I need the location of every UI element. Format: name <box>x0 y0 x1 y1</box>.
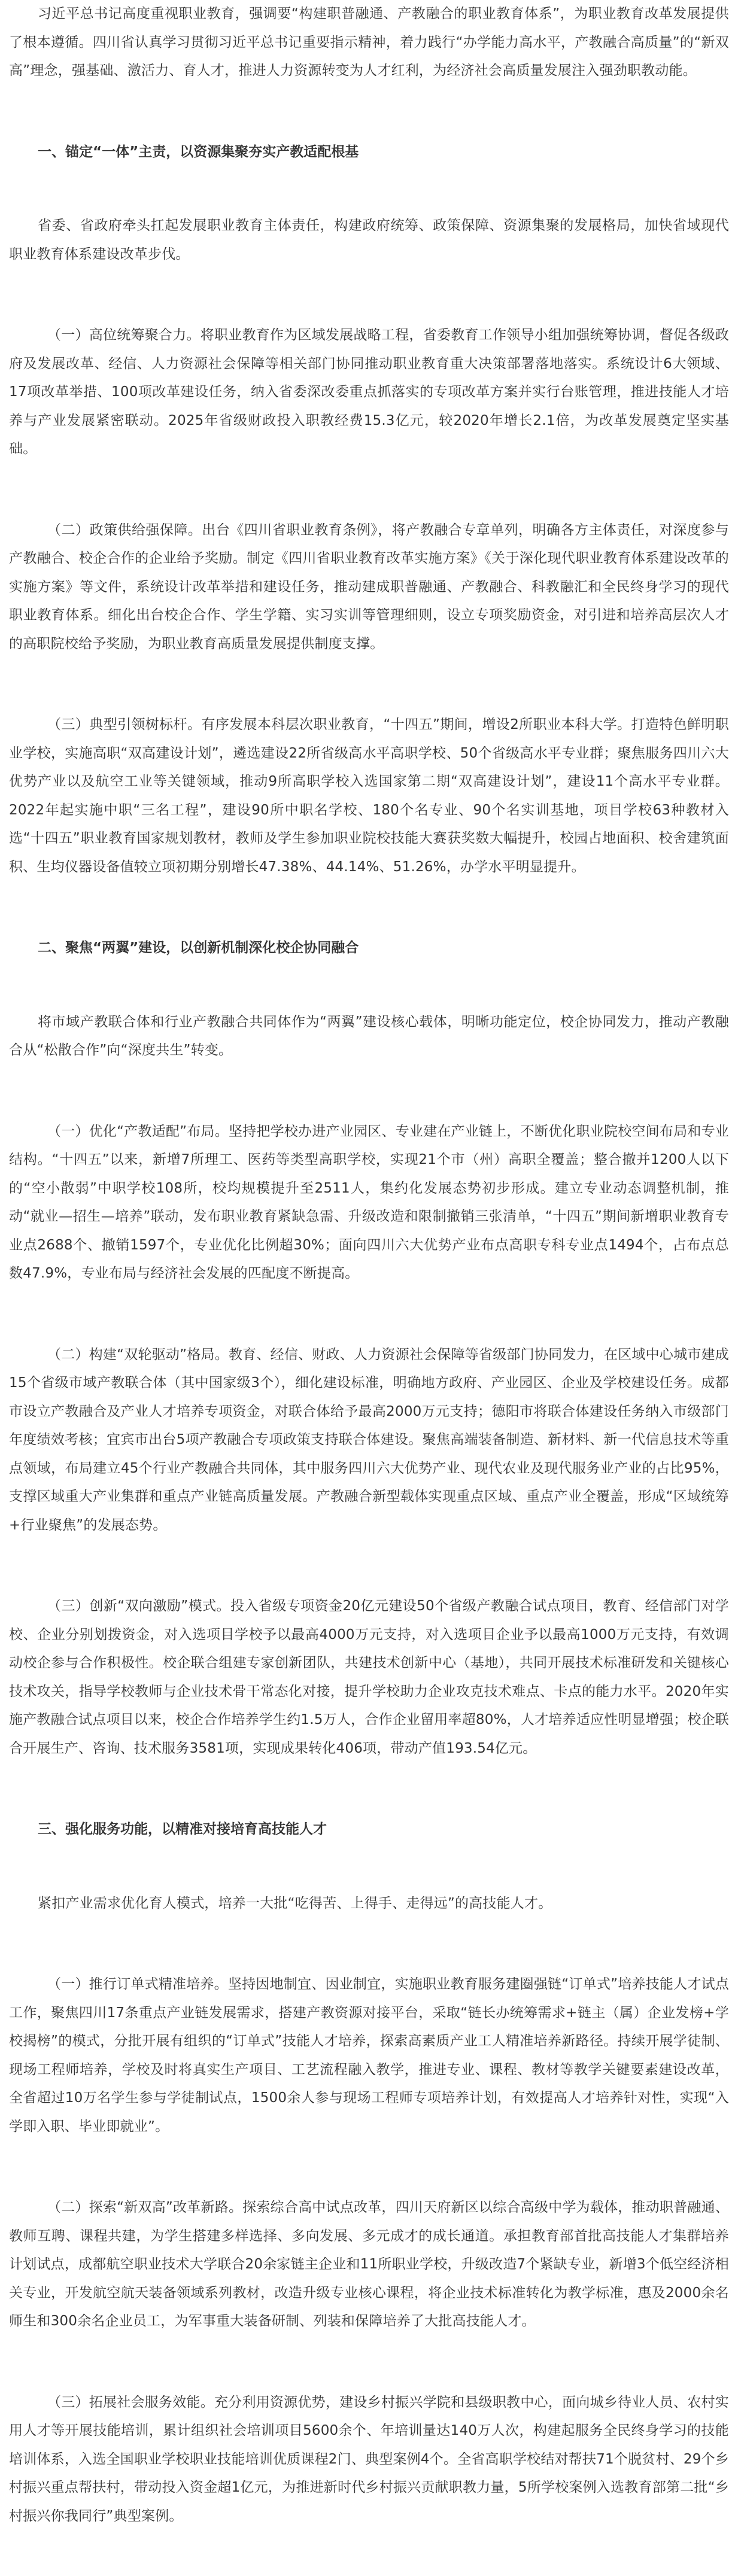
section-heading: 一、锚定“一体”主责，以资源集聚夯实产教适配根基 <box>9 138 729 167</box>
spacer <box>9 2141 729 2194</box>
section-item: （一）高位统筹聚合力。将职业教育作为区域发展战略工程，省委教育工作领导小组加强统… <box>9 321 729 464</box>
spacer <box>9 963 729 1008</box>
section-heading: 二、聚焦“两翼”建设，以创新机制深化校企协同融合 <box>9 934 729 963</box>
spacer <box>9 1288 729 1341</box>
spacer <box>9 1065 729 1118</box>
section-item: （二）政策供给强保障。出台《四川省职业教育条例》，将产教融合专章单列，明确各方主… <box>9 516 729 659</box>
section-3: 三、强化服务功能，以精准对接培育高技能人才 紧扣产业需求优化育人模式，培养一大批… <box>9 1815 729 2531</box>
section-1: 一、锚定“一体”主责，以资源集聚夯实产教适配根基 省委、省政府牵头扛起发展职业教… <box>9 138 729 882</box>
spacer <box>9 1918 729 1970</box>
spacer <box>9 166 729 212</box>
spacer <box>9 658 729 711</box>
spacer <box>9 1763 729 1815</box>
section-item: （一）推行订单式精准培养。坚持因地制宜、因业制宜，实施职业教育服务建圈强链“订单… <box>9 1970 729 2141</box>
section-item: （三）典型引领树标杆。有序发展本科层次职业教育，“十四五”期间，增设2所职业本科… <box>9 711 729 881</box>
spacer <box>9 269 729 321</box>
spacer <box>9 2531 729 2576</box>
section-2: 二、聚焦“两翼”建设，以创新机制深化校企协同融合 将市域产教联合体和行业产教融合… <box>9 934 729 1763</box>
section-item: （三）创新“双向激励”模式。投入省级专项资金20亿元建设50个省级产教融合试点项… <box>9 1592 729 1763</box>
section-item: （二）探索“新双高”改革新路。探索综合高中试点改革，四川天府新区以综合高级中学为… <box>9 2194 729 2336</box>
article-body: 习近平总书记高度重视职业教育，强调要“构建职普融通、产教融合的职业教育体系”，为… <box>0 0 735 2576</box>
spacer <box>9 1844 729 1890</box>
section-lead: 将市域产教联合体和行业产教融合共同体作为“两翼”建设核心载体，明晰功能定位，校企… <box>9 1008 729 1065</box>
spacer <box>9 881 729 934</box>
section-lead: 省委、省政府牵头扛起发展职业教育主体责任，构建政府统筹、政策保障、资源集聚的发展… <box>9 212 729 269</box>
section-item: （二）构建“双轮驱动”格局。教育、经信、财政、人力资源社会保障等省级部门协同发力… <box>9 1341 729 1540</box>
spacer <box>9 1540 729 1592</box>
spacer <box>9 2336 729 2389</box>
section-lead: 紧扣产业需求优化育人模式，培养一大批“吃得苦、上得手、走得远”的高技能人才。 <box>9 1890 729 1918</box>
section-item: （一）优化“产教适配”布局。坚持把学校办进产业园区、专业建在产业链上，不断优化职… <box>9 1118 729 1288</box>
section-item: （三）拓展社会服务效能。充分利用资源优势，建设乡村振兴学院和县级职教中心，面向城… <box>9 2389 729 2531</box>
intro-paragraph: 习近平总书记高度重视职业教育，强调要“构建职普融通、产教融合的职业教育体系”，为… <box>9 0 729 86</box>
spacer <box>9 86 729 138</box>
spacer <box>9 464 729 516</box>
section-heading: 三、强化服务功能，以精准对接培育高技能人才 <box>9 1815 729 1844</box>
